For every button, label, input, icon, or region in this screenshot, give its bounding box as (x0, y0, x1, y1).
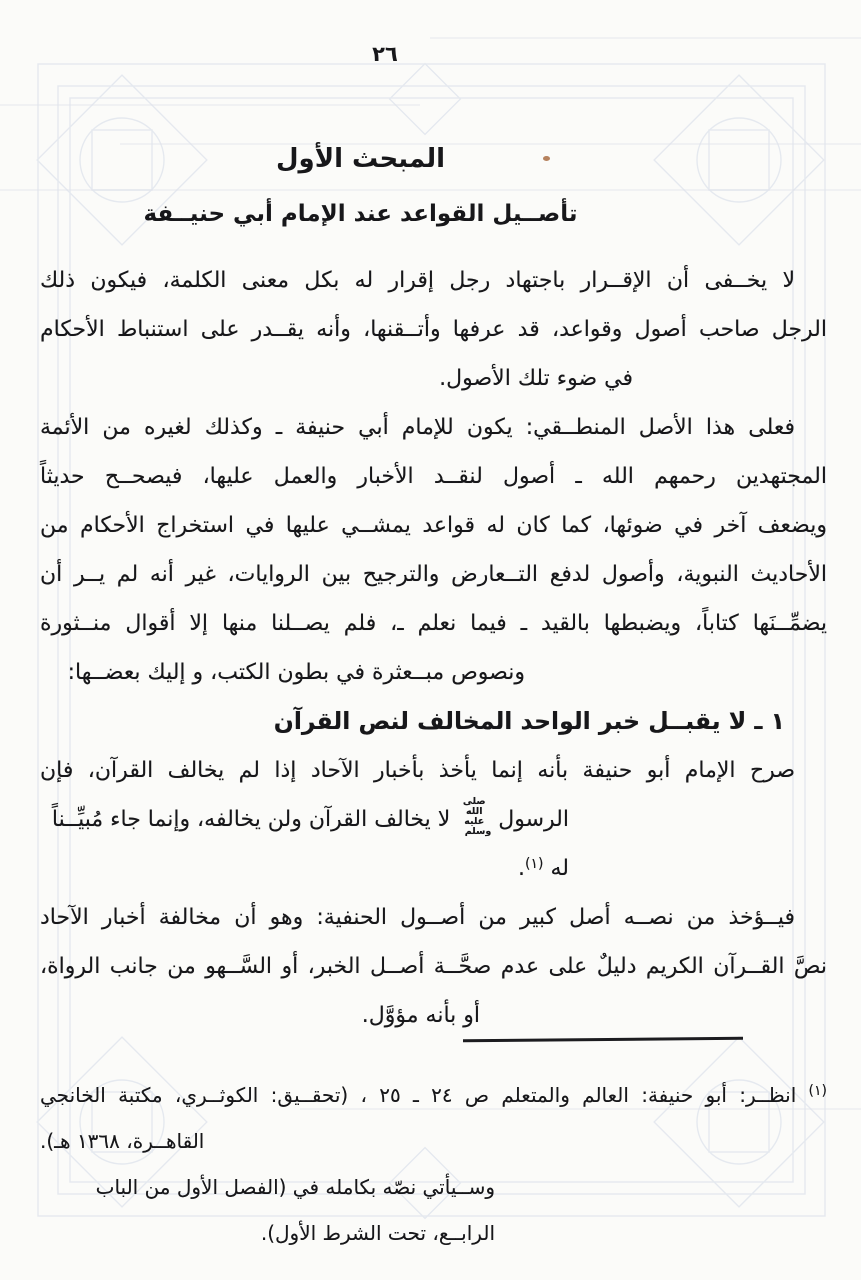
scan-streak (0, 104, 420, 106)
text-line: لا يخــفى أن الإقــرار باجتهاد رجل إقرار… (40, 256, 827, 305)
ink-spot-artifact (543, 156, 550, 161)
chapter-subtitle: تأصــيل القواعد عند الإمام أبي حنيــفة (0, 198, 721, 230)
text-segment: الرسول (491, 807, 569, 832)
paragraph-3: صرح الإمام أبو حنيفة بأنه إنما يأخذ بأخب… (40, 746, 827, 893)
text-line: في ضوء تلك الأصول. (40, 354, 633, 403)
text-segment: . (518, 856, 525, 881)
text-line: صرح الإمام أبو حنيفة بأنه إنما يأخذ بأخب… (40, 746, 827, 795)
text-line: الرجل صاحب أصول وقواعد، قد عرفها وأتــقن… (40, 305, 827, 354)
paragraph-1: لا يخــفى أن الإقــرار باجتهاد رجل إقرار… (40, 256, 827, 403)
scanned-book-page: { "page": { "number": "٢٦" }, "heading":… (0, 0, 861, 1280)
text-segment: انظــر: أبو حنيفة: العالم والمتعلم ص ٢٤ … (40, 1083, 809, 1107)
prayer-symbol: صلى الله عليه وسلم (457, 797, 491, 837)
text-body: لا يخــفى أن الإقــرار باجتهاد رجل إقرار… (40, 256, 827, 1040)
text-line: وســيأتي نصّه بكامله في (الفصل الأول من … (40, 1164, 495, 1256)
footnote-marker: (١) (809, 1083, 827, 1099)
footnote-marker: (١) (525, 856, 543, 872)
text-line: الرسول صلى الله عليه وسلم لا يخالف القرآ… (40, 795, 569, 893)
numbered-heading: ١ ـ لا يقبــل خبر الواحد المخالف لنص الق… (40, 697, 827, 746)
text-line: نصَّ القــرآن الكريم دليلٌ على عدم صحَّـ… (40, 942, 827, 991)
chapter-title: المبحث الأول (0, 142, 721, 176)
text-line: ونصوص مبــعثرة في بطون الكتب، و إليك بعض… (40, 648, 525, 697)
text-line: (١) انظــر: أبو حنيفة: العالم والمتعلم ص… (40, 1072, 827, 1118)
text-line: القاهــرة، ١٣٦٨ هـ). (40, 1118, 827, 1164)
paragraph-2: فعلى هذا الأصل المنطــقي: يكون للإمام أب… (40, 403, 827, 697)
page-number: ٢٦ (0, 42, 770, 66)
chapter-header: المبحث الأول تأصــيل القواعد عند الإمام … (0, 142, 721, 230)
paragraph-4: فيــؤخذ من نصــه أصل كبير من أصــول الحن… (40, 893, 827, 1040)
text-line: يضمِّــنَها كتاباً، ويضبطها بالقيد ـ فيم… (40, 599, 827, 648)
text-line: فعلى هذا الأصل المنطــقي: يكون للإمام أب… (40, 403, 827, 452)
text-line: فيــؤخذ من نصــه أصل كبير من أصــول الحن… (40, 893, 827, 942)
text-line: أو بأنه مؤوَّل. (40, 991, 480, 1040)
scan-streak (430, 37, 861, 39)
section-heading: ١ ـ لا يقبــل خبر الواحد المخالف لنص الق… (40, 697, 785, 746)
text-line: المجتهدين رحمهم الله ـ أصول لنقــد الأخب… (40, 452, 827, 501)
text-line: الأحاديث النبوية، وأصول لدفع التــعارض و… (40, 550, 827, 599)
text-line: ويضعف آخر في ضوئها، كما كان له قواعد يمش… (40, 501, 827, 550)
footnote-area: (١) انظــر: أبو حنيفة: العالم والمتعلم ص… (40, 1072, 827, 1256)
